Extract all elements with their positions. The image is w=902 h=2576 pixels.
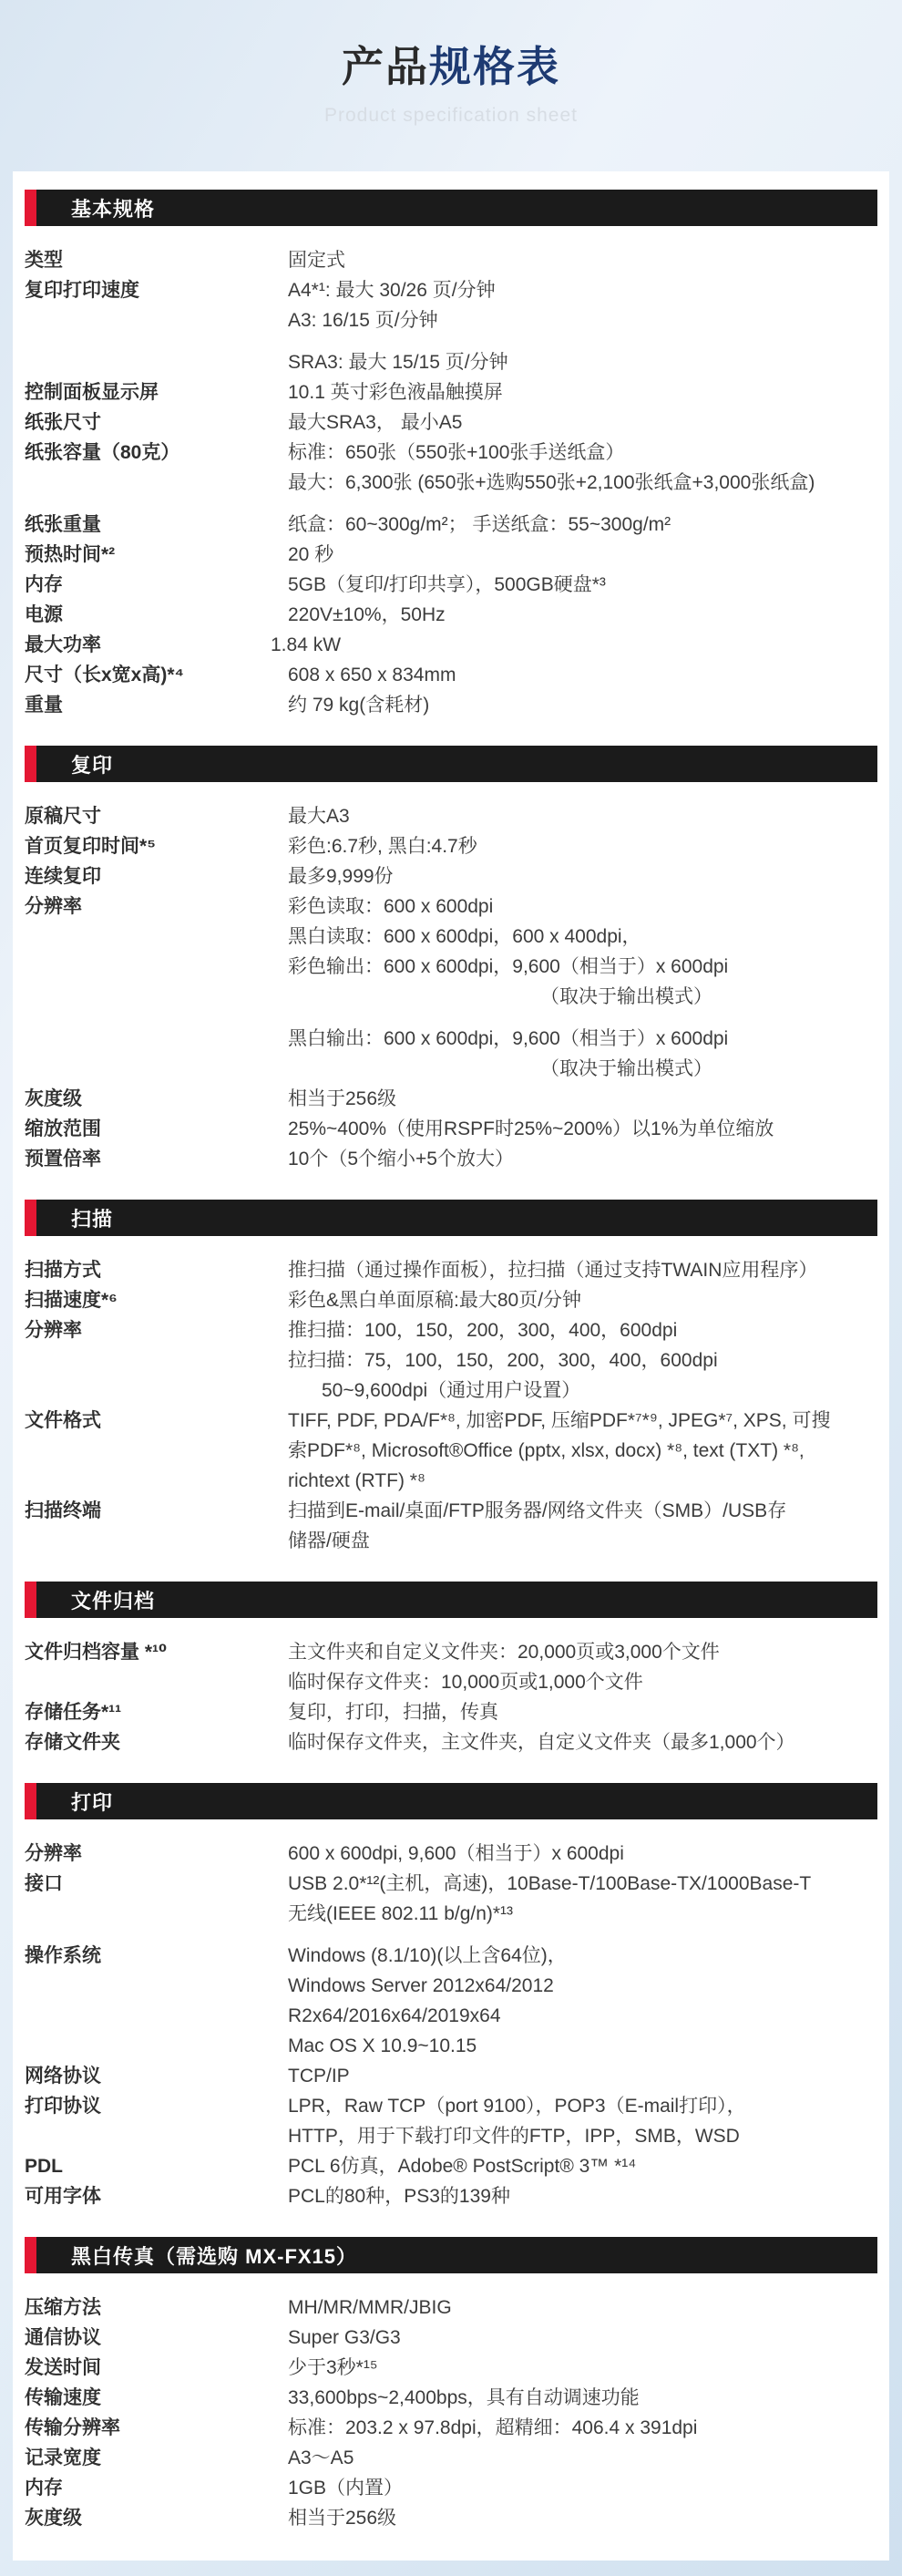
spec-label: 扫描速度*⁶ xyxy=(25,1285,288,1315)
spec-value-line: 25%~400%（使用RSPF时25%~200%）以1%为单位缩放 xyxy=(288,1114,877,1144)
spec-value-line: 10个（5个缩小+5个放大） xyxy=(288,1144,877,1174)
spec-row: 发送时间少于3秒*¹⁵ xyxy=(25,2353,877,2383)
spec-label: 纸张重量 xyxy=(25,510,288,540)
spec-value-line: TIFF, PDF, PDA/F*⁸, 加密PDF, 压缩PDF*⁷*⁹, JP… xyxy=(288,1406,877,1436)
spec-label: 控制面板显示屏 xyxy=(25,377,288,407)
spec-value-line: 储器/硬盘 xyxy=(288,1526,877,1556)
spec-value: Super G3/G3 xyxy=(288,2323,877,2353)
section-title: 打印 xyxy=(36,1788,113,1816)
section-title: 复印 xyxy=(36,750,113,778)
spec-row: 纸张重量纸盒：60~300g/m²； 手送纸盒：55~300g/m² xyxy=(25,510,877,540)
spec-value-line: 扫描到E-mail/桌面/FTP服务器/网络文件夹（SMB）/USB存 xyxy=(288,1496,877,1526)
spec-label: 重量 xyxy=(25,690,288,720)
spec-row: 类型固定式 xyxy=(25,245,877,275)
spec-row: 传输分辨率标准：203.2 x 97.8dpi，超精细：406.4 x 391d… xyxy=(25,2413,877,2443)
spec-value-line: R2x64/2016x64/2019x64 xyxy=(288,2001,877,2031)
spec-label: 内存 xyxy=(25,570,288,600)
spec-label: 文件格式 xyxy=(25,1406,288,1436)
spec-value-line: 最大SRA3， 最小A5 xyxy=(288,407,877,438)
spec-value: PCL的80种，PS3的139种 xyxy=(288,2181,877,2211)
spec-row: 预热时间*²20 秒 xyxy=(25,540,877,570)
spec-row: 原稿尺寸最大A3 xyxy=(25,801,877,831)
spec-label: 存储文件夹 xyxy=(25,1727,288,1757)
section-header: 打印 xyxy=(25,1783,877,1819)
spec-value-line: 无线(IEEE 802.11 b/g/n)*¹³ xyxy=(288,1899,877,1929)
page-title-dark-part: 产品 xyxy=(342,43,429,90)
spec-row: 存储任务*¹¹复印，打印，扫描，传真 xyxy=(25,1697,877,1727)
spec-value-line: 彩色&黑白单面原稿:最大80页/分钟 xyxy=(288,1285,877,1315)
spec-value-line: 主文件夹和自定义文件夹：20,000页或3,000个文件 xyxy=(288,1637,877,1667)
spec-value-line: 复印，打印，扫描，传真 xyxy=(288,1697,877,1727)
spec-value-line: 黑白输出：600 x 600dpi，9,600（相当于）x 600dpi xyxy=(288,1024,877,1054)
spec-row: 分辨率推扫描：100，150，200，300，400，600dpi拉扫描：75，… xyxy=(25,1315,877,1406)
spec-value: 20 秒 xyxy=(288,540,877,570)
spec-label: 缩放范围 xyxy=(25,1114,288,1144)
spec-value: 推扫描：100，150，200，300，400，600dpi拉扫描：75，100… xyxy=(288,1315,877,1406)
spec-row: 缩放范围25%~400%（使用RSPF时25%~200%）以1%为单位缩放 xyxy=(25,1114,877,1144)
spec-label: 扫描方式 xyxy=(25,1255,288,1285)
spec-label: 分辨率 xyxy=(25,891,288,922)
spec-value: A4*¹: 最大 30/26 页/分钟A3: 16/15 页/分钟SRA3: 最… xyxy=(288,275,877,377)
spec-value-line: 5GB（复印/打印共享），500GB硬盘*³ xyxy=(288,570,877,600)
spec-label: 分辨率 xyxy=(25,1315,288,1345)
spec-label: 网络协议 xyxy=(25,2061,288,2091)
spec-value: 最大SRA3， 最小A5 xyxy=(288,407,877,438)
section-title: 基本规格 xyxy=(36,194,155,222)
spec-value-line: 拉扫描：75，100，150，200，300，400，600dpi xyxy=(288,1345,877,1376)
spec-section-1: 复印原稿尺寸最大A3首页复印时间*⁵彩色:6.7秒, 黑白:4.7秒连续复印最多… xyxy=(25,746,877,1174)
spec-value-line: 标准：203.2 x 97.8dpi，超精细：406.4 x 391dpi xyxy=(288,2413,877,2443)
spec-value-line: 少于3秒*¹⁵ xyxy=(288,2353,877,2383)
spec-row: 灰度级相当于256级 xyxy=(25,2503,877,2533)
spec-row: 电源220V±10%，50Hz xyxy=(25,600,877,630)
spec-value-line: LPR，Raw TCP（port 9100），POP3（E-mail打印）， xyxy=(288,2091,877,2121)
spec-value-line: 相当于256级 xyxy=(288,1084,877,1114)
spec-row: 扫描终端扫描到E-mail/桌面/FTP服务器/网络文件夹（SMB）/USB存储… xyxy=(25,1496,877,1556)
spec-value: 复印，打印，扫描，传真 xyxy=(288,1697,877,1727)
page-title: 产品规格表 xyxy=(0,42,902,92)
spec-value-line: 索PDF*⁸, Microsoft®Office (pptx, xlsx, do… xyxy=(288,1436,877,1466)
spec-row: 文件格式TIFF, PDF, PDA/F*⁸, 加密PDF, 压缩PDF*⁷*⁹… xyxy=(25,1406,877,1496)
spec-value: 1.84 kW xyxy=(288,630,877,660)
spec-row: 尺寸（长x宽x高)*⁴608 x 650 x 834mm xyxy=(25,660,877,690)
spec-label: 复印打印速度 xyxy=(25,275,288,305)
spec-value: 主文件夹和自定义文件夹：20,000页或3,000个文件临时保存文件夹：10,0… xyxy=(288,1637,877,1697)
page-subtitle: Product specification sheet xyxy=(0,105,902,127)
spec-value: 10.1 英寸彩色液晶触摸屏 xyxy=(288,377,877,407)
spec-row: 扫描速度*⁶彩色&黑白单面原稿:最大80页/分钟 xyxy=(25,1285,877,1315)
spec-value: 临时保存文件夹，主文件夹，自定义文件夹（最多1,000个） xyxy=(288,1727,877,1757)
spec-label: 可用字体 xyxy=(25,2181,288,2211)
spec-sections: 基本规格类型固定式复印打印速度A4*¹: 最大 30/26 页/分钟A3: 16… xyxy=(25,190,877,2533)
spec-value: 彩色读取：600 x 600dpi黑白读取：600 x 600dpi，600 x… xyxy=(288,891,877,1084)
spec-row: 复印打印速度A4*¹: 最大 30/26 页/分钟A3: 16/15 页/分钟S… xyxy=(25,275,877,377)
spec-label: 灰度级 xyxy=(25,1084,288,1114)
spec-row: 分辨率600 x 600dpi, 9,600（相当于）x 600dpi xyxy=(25,1839,877,1869)
spec-card: 基本规格类型固定式复印打印速度A4*¹: 最大 30/26 页/分钟A3: 16… xyxy=(13,171,889,2561)
spec-value-line: 黑白读取：600 x 600dpi，600 x 400dpi， xyxy=(288,922,877,952)
spec-value: TIFF, PDF, PDA/F*⁸, 加密PDF, 压缩PDF*⁷*⁹, JP… xyxy=(288,1406,877,1496)
section-rows: 原稿尺寸最大A3首页复印时间*⁵彩色:6.7秒, 黑白:4.7秒连续复印最多9,… xyxy=(25,801,877,1174)
spec-value: 608 x 650 x 834mm xyxy=(288,660,877,690)
spec-value: LPR，Raw TCP（port 9100），POP3（E-mail打印），HT… xyxy=(288,2091,877,2151)
section-header: 复印 xyxy=(25,746,877,782)
spec-row: 重量约 79 kg(含耗材) xyxy=(25,690,877,720)
spec-value: 最多9,999份 xyxy=(288,861,877,891)
section-rows: 扫描方式推扫描（通过操作面板），拉扫描（通过支持TWAIN应用程序）扫描速度*⁶… xyxy=(25,1255,877,1556)
spec-label: 传输速度 xyxy=(25,2383,288,2413)
spec-label: 存储任务*¹¹ xyxy=(25,1697,288,1727)
spec-value-line: 彩色输出：600 x 600dpi，9,600（相当于）x 600dpi xyxy=(288,952,877,982)
spec-label: 纸张容量（80克） xyxy=(25,438,288,468)
spec-value: USB 2.0*¹²(主机，高速)，10Base-T/100Base-TX/10… xyxy=(288,1869,877,1929)
spec-value-line: 220V±10%，50Hz xyxy=(288,600,877,630)
spec-label: PDL xyxy=(25,2151,288,2181)
spec-label: 连续复印 xyxy=(25,861,288,891)
spec-row: 控制面板显示屏10.1 英寸彩色液晶触摸屏 xyxy=(25,377,877,407)
spec-value: 标准：650张（550张+100张手送纸盒）最大：6,300张 (650张+选购… xyxy=(288,438,877,498)
spec-value: 约 79 kg(含耗材) xyxy=(288,690,877,720)
spec-label: 纸张尺寸 xyxy=(25,407,288,438)
spec-label: 最大功率 xyxy=(25,630,288,660)
spec-value-line: 纸盒：60~300g/m²； 手送纸盒：55~300g/m² xyxy=(288,510,877,540)
spec-label: 预置倍率 xyxy=(25,1144,288,1174)
spec-label: 首页复印时间*⁵ xyxy=(25,831,288,861)
spec-value-line: A3～A5 xyxy=(288,2443,877,2473)
spec-row: 最大功率1.84 kW xyxy=(25,630,877,660)
spec-value-line: Windows Server 2012x64/2012 xyxy=(288,1971,877,2001)
spec-value: 1GB（内置） xyxy=(288,2473,877,2503)
section-rows: 类型固定式复印打印速度A4*¹: 最大 30/26 页/分钟A3: 16/15 … xyxy=(25,245,877,720)
page-title-blue-part: 规格表 xyxy=(429,43,560,90)
spec-row: 通信协议Super G3/G3 xyxy=(25,2323,877,2353)
section-title: 扫描 xyxy=(36,1204,113,1232)
spec-row: 接口USB 2.0*¹²(主机，高速)，10Base-T/100Base-TX/… xyxy=(25,1869,877,1929)
spec-row: 记录宽度A3～A5 xyxy=(25,2443,877,2473)
spec-label: 传输分辨率 xyxy=(25,2413,288,2443)
spec-value-line: （取决于输出模式） xyxy=(288,982,877,1012)
spec-value: 33,600bps~2,400bps，具有自动调速功能 xyxy=(288,2383,877,2413)
spec-value: 少于3秒*¹⁵ xyxy=(288,2353,877,2383)
spec-value-line: 20 秒 xyxy=(288,540,877,570)
spec-row: 分辨率彩色读取：600 x 600dpi黑白读取：600 x 600dpi，60… xyxy=(25,891,877,1084)
spec-row: 连续复印最多9,999份 xyxy=(25,861,877,891)
red-accent-bar xyxy=(25,1200,36,1236)
section-rows: 压缩方法MH/MR/MMR/JBIG通信协议Super G3/G3发送时间少于3… xyxy=(25,2293,877,2533)
spec-value-line: 600 x 600dpi, 9,600（相当于）x 600dpi xyxy=(288,1839,877,1869)
spec-section-3: 文件归档文件归档容量 *¹⁰主文件夹和自定义文件夹：20,000页或3,000个… xyxy=(25,1582,877,1757)
red-accent-bar xyxy=(25,190,36,226)
spec-value: Windows (8.1/10)(以上含64位)，Windows Server … xyxy=(288,1941,877,2061)
red-accent-bar xyxy=(25,2237,36,2273)
spec-value: 10个（5个缩小+5个放大） xyxy=(288,1144,877,1174)
spec-value-line: USB 2.0*¹²(主机，高速)，10Base-T/100Base-TX/10… xyxy=(288,1869,877,1899)
section-header: 文件归档 xyxy=(25,1582,877,1618)
spec-value: 220V±10%，50Hz xyxy=(288,600,877,630)
spec-value-line: PCL 6仿真，Adobe® PostScript® 3™ *¹⁴ xyxy=(288,2151,877,2181)
spec-value-line: richtext (RTF) *⁸ xyxy=(288,1466,877,1496)
spec-value: 彩色:6.7秒, 黑白:4.7秒 xyxy=(288,831,877,861)
spec-value-line: A4*¹: 最大 30/26 页/分钟 xyxy=(288,275,877,305)
spec-value-line: MH/MR/MMR/JBIG xyxy=(288,2293,877,2323)
spec-value-line: Windows (8.1/10)(以上含64位)， xyxy=(288,1941,877,1971)
spec-value-line: HTTP，用于下载打印文件的FTP，IPP，SMB，WSD xyxy=(288,2121,877,2151)
spec-label: 电源 xyxy=(25,600,288,630)
spec-value: 相当于256级 xyxy=(288,2503,877,2533)
spec-row: 灰度级相当于256级 xyxy=(25,1084,877,1114)
spec-value-line: Mac OS X 10.9~10.15 xyxy=(288,2031,877,2061)
spec-value-line: 约 79 kg(含耗材) xyxy=(288,690,877,720)
spec-row: 内存5GB（复印/打印共享），500GB硬盘*³ xyxy=(25,570,877,600)
spec-section-2: 扫描扫描方式推扫描（通过操作面板），拉扫描（通过支持TWAIN应用程序）扫描速度… xyxy=(25,1200,877,1556)
spec-value-line: （取决于输出模式） xyxy=(288,1054,877,1084)
red-accent-bar xyxy=(25,1783,36,1819)
spec-value-line: PCL的80种，PS3的139种 xyxy=(288,2181,877,2211)
spec-value-line: 固定式 xyxy=(288,245,877,275)
spec-value-line: 10.1 英寸彩色液晶触摸屏 xyxy=(288,377,877,407)
spec-row: 可用字体PCL的80种，PS3的139种 xyxy=(25,2181,877,2211)
spec-row: 操作系统Windows (8.1/10)(以上含64位)，Windows Ser… xyxy=(25,1941,877,2061)
spec-label: 尺寸（长x宽x高)*⁴ xyxy=(25,660,288,690)
spec-row: 文件归档容量 *¹⁰主文件夹和自定义文件夹：20,000页或3,000个文件临时… xyxy=(25,1637,877,1697)
spec-label: 类型 xyxy=(25,245,288,275)
spec-label: 文件归档容量 *¹⁰ xyxy=(25,1637,288,1667)
spec-value-line: A3: 16/15 页/分钟 xyxy=(288,305,877,335)
spec-value-line: 相当于256级 xyxy=(288,2503,877,2533)
spec-section-0: 基本规格类型固定式复印打印速度A4*¹: 最大 30/26 页/分钟A3: 16… xyxy=(25,190,877,720)
section-rows: 文件归档容量 *¹⁰主文件夹和自定义文件夹：20,000页或3,000个文件临时… xyxy=(25,1637,877,1757)
spec-value-line: 彩色读取：600 x 600dpi xyxy=(288,891,877,922)
spec-label: 原稿尺寸 xyxy=(25,801,288,831)
spec-section-4: 打印分辨率600 x 600dpi, 9,600（相当于）x 600dpi接口U… xyxy=(25,1783,877,2211)
spec-label: 内存 xyxy=(25,2473,288,2503)
spec-value: 600 x 600dpi, 9,600（相当于）x 600dpi xyxy=(288,1839,877,1869)
spec-label: 通信协议 xyxy=(25,2323,288,2353)
spec-value-line: 最大：6,300张 (650张+选购550张+2,100张纸盒+3,000张纸盒… xyxy=(288,468,877,498)
red-accent-bar xyxy=(25,1582,36,1618)
spec-value: 标准：203.2 x 97.8dpi，超精细：406.4 x 391dpi xyxy=(288,2413,877,2443)
spec-value: MH/MR/MMR/JBIG xyxy=(288,2293,877,2323)
spec-value-line: 1.84 kW xyxy=(271,630,877,660)
spec-label: 打印协议 xyxy=(25,2091,288,2121)
spec-value: 相当于256级 xyxy=(288,1084,877,1114)
spec-label: 扫描终端 xyxy=(25,1496,288,1526)
spec-value: 彩色&黑白单面原稿:最大80页/分钟 xyxy=(288,1285,877,1315)
spec-value: PCL 6仿真，Adobe® PostScript® 3™ *¹⁴ xyxy=(288,2151,877,2181)
spec-value-line: 33,600bps~2,400bps，具有自动调速功能 xyxy=(288,2383,877,2413)
spec-label: 接口 xyxy=(25,1869,288,1899)
section-title: 文件归档 xyxy=(36,1586,155,1614)
spec-value-line: Super G3/G3 xyxy=(288,2323,877,2353)
spec-row: 打印协议LPR，Raw TCP（port 9100），POP3（E-mail打印… xyxy=(25,2091,877,2151)
spec-row: 网络协议TCP/IP xyxy=(25,2061,877,2091)
spec-value-line: 50~9,600dpi（通过用户设置） xyxy=(288,1376,877,1406)
spec-value-line: TCP/IP xyxy=(288,2061,877,2091)
spec-value-line: 608 x 650 x 834mm xyxy=(288,660,877,690)
section-title: 黑白传真（需选购 MX-FX15） xyxy=(36,2241,357,2270)
spec-value-line: 临时保存文件夹：10,000页或1,000个文件 xyxy=(288,1667,877,1697)
spec-label: 预热时间*² xyxy=(25,540,288,570)
spec-label: 分辨率 xyxy=(25,1839,288,1869)
spec-value-line: 推扫描：100，150，200，300，400，600dpi xyxy=(288,1315,877,1345)
spec-value: 最大A3 xyxy=(288,801,877,831)
spec-row: 首页复印时间*⁵彩色:6.7秒, 黑白:4.7秒 xyxy=(25,831,877,861)
spec-row: 传输速度33,600bps~2,400bps，具有自动调速功能 xyxy=(25,2383,877,2413)
spec-label: 记录宽度 xyxy=(25,2443,288,2473)
spec-section-5: 黑白传真（需选购 MX-FX15）压缩方法MH/MR/MMR/JBIG通信协议S… xyxy=(25,2237,877,2533)
spec-label: 发送时间 xyxy=(25,2353,288,2383)
spec-row: 纸张尺寸最大SRA3， 最小A5 xyxy=(25,407,877,438)
red-accent-bar xyxy=(25,746,36,782)
spec-row: 压缩方法MH/MR/MMR/JBIG xyxy=(25,2293,877,2323)
spec-value: 25%~400%（使用RSPF时25%~200%）以1%为单位缩放 xyxy=(288,1114,877,1144)
spec-value: A3～A5 xyxy=(288,2443,877,2473)
section-header: 扫描 xyxy=(25,1200,877,1236)
spec-value: 推扫描（通过操作面板），拉扫描（通过支持TWAIN应用程序） xyxy=(288,1255,877,1285)
spec-value: TCP/IP xyxy=(288,2061,877,2091)
spec-row: 内存1GB（内置） xyxy=(25,2473,877,2503)
spec-value-line: 1GB（内置） xyxy=(288,2473,877,2503)
spec-row: 存储文件夹临时保存文件夹，主文件夹，自定义文件夹（最多1,000个） xyxy=(25,1727,877,1757)
spec-row: 预置倍率10个（5个缩小+5个放大） xyxy=(25,1144,877,1174)
spec-value-line: 彩色:6.7秒, 黑白:4.7秒 xyxy=(288,831,877,861)
spec-label: 压缩方法 xyxy=(25,2293,288,2323)
spec-value: 扫描到E-mail/桌面/FTP服务器/网络文件夹（SMB）/USB存储器/硬盘 xyxy=(288,1496,877,1556)
spec-row: 扫描方式推扫描（通过操作面板），拉扫描（通过支持TWAIN应用程序） xyxy=(25,1255,877,1285)
section-header: 基本规格 xyxy=(25,190,877,226)
spec-row: 纸张容量（80克）标准：650张（550张+100张手送纸盒）最大：6,300张… xyxy=(25,438,877,498)
section-header: 黑白传真（需选购 MX-FX15） xyxy=(25,2237,877,2273)
spec-value: 纸盒：60~300g/m²； 手送纸盒：55~300g/m² xyxy=(288,510,877,540)
spec-label: 灰度级 xyxy=(25,2503,288,2533)
spec-value: 5GB（复印/打印共享），500GB硬盘*³ xyxy=(288,570,877,600)
spec-value-line: SRA3: 最大 15/15 页/分钟 xyxy=(288,347,877,377)
spec-value-line: 最多9,999份 xyxy=(288,861,877,891)
spec-row: PDLPCL 6仿真，Adobe® PostScript® 3™ *¹⁴ xyxy=(25,2151,877,2181)
spec-value-line: 最大A3 xyxy=(288,801,877,831)
spec-value-line: 临时保存文件夹，主文件夹，自定义文件夹（最多1,000个） xyxy=(288,1727,877,1757)
spec-label: 操作系统 xyxy=(25,1941,288,1971)
spec-value-line: 标准：650张（550张+100张手送纸盒） xyxy=(288,438,877,468)
page-header: 产品规格表 Product specification sheet xyxy=(0,0,902,171)
spec-value: 固定式 xyxy=(288,245,877,275)
section-rows: 分辨率600 x 600dpi, 9,600（相当于）x 600dpi接口USB… xyxy=(25,1839,877,2211)
spec-value-line: 推扫描（通过操作面板），拉扫描（通过支持TWAIN应用程序） xyxy=(288,1255,877,1285)
